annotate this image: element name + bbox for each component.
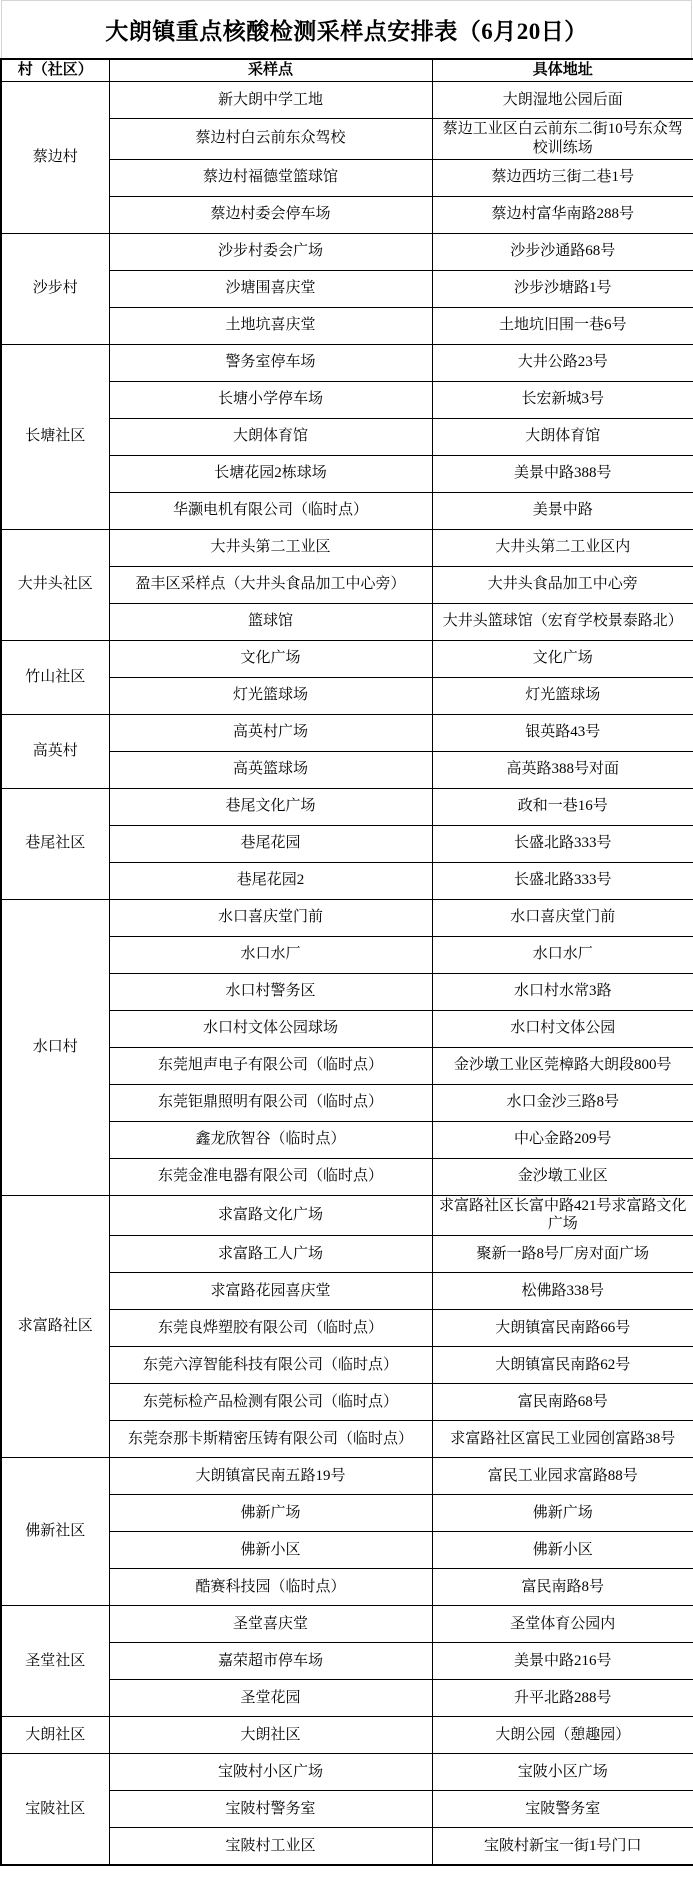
address-cell: 求富路社区富民工业园创富路38号	[432, 1421, 693, 1458]
site-cell: 东莞奈那卡斯精密压铸有限公司（临时点）	[109, 1421, 432, 1458]
address-cell: 中心金路209号	[432, 1121, 693, 1158]
site-cell: 大朗体育馆	[109, 418, 432, 455]
table-row: 高英村高英村广场银英路43号	[1, 714, 693, 751]
site-cell: 高英村广场	[109, 714, 432, 751]
site-cell: 长塘小学停车场	[109, 381, 432, 418]
site-cell: 沙塘围喜庆堂	[109, 270, 432, 307]
site-cell: 宝陂村工业区	[109, 1828, 432, 1866]
address-cell: 蔡边西坊三街二巷1号	[432, 159, 693, 196]
address-cell: 长盛北路333号	[432, 825, 693, 862]
address-cell: 大朗镇富民南路66号	[432, 1310, 693, 1347]
village-cell: 沙步村	[1, 233, 109, 344]
address-cell: 长宏新城3号	[432, 381, 693, 418]
site-cell: 篮球馆	[109, 603, 432, 640]
site-cell: 东莞标检产品检测有限公司（临时点）	[109, 1384, 432, 1421]
site-cell: 东莞良烨塑胶有限公司（临时点）	[109, 1310, 432, 1347]
village-cell: 巷尾社区	[1, 788, 109, 899]
address-cell: 美景中路	[432, 492, 693, 529]
table-row: 求富路社区求富路文化广场求富路社区长富中路421号求富路文化广场	[1, 1195, 693, 1236]
site-cell: 东莞钜鼎照明有限公司（临时点）	[109, 1084, 432, 1121]
site-cell: 宝陂村警务室	[109, 1791, 432, 1828]
site-cell: 文化广场	[109, 640, 432, 677]
site-cell: 圣堂喜庆堂	[109, 1606, 432, 1643]
site-cell: 东莞金准电器有限公司（临时点）	[109, 1158, 432, 1195]
table-row: 圣堂社区圣堂喜庆堂圣堂体育公园内	[1, 1606, 693, 1643]
address-cell: 富民工业园求富路88号	[432, 1458, 693, 1495]
address-cell: 圣堂体育公园内	[432, 1606, 693, 1643]
site-cell: 水口水厂	[109, 936, 432, 973]
address-cell: 宝陂村新宝一街1号门口	[432, 1828, 693, 1866]
address-cell: 富民南路8号	[432, 1569, 693, 1606]
site-cell: 长塘花园2栋球场	[109, 455, 432, 492]
site-cell: 水口喜庆堂门前	[109, 899, 432, 936]
site-cell: 高英篮球场	[109, 751, 432, 788]
site-cell: 求富路文化广场	[109, 1195, 432, 1236]
address-cell: 宝陂警务室	[432, 1791, 693, 1828]
site-cell: 宝陂村小区广场	[109, 1754, 432, 1791]
address-cell: 蔡边村富华南路288号	[432, 196, 693, 233]
header-row: 村（社区） 采样点 具体地址	[1, 59, 693, 82]
village-cell: 高英村	[1, 714, 109, 788]
table-header: 村（社区） 采样点 具体地址	[1, 59, 693, 82]
address-cell: 大朗体育馆	[432, 418, 693, 455]
table-row: 水口村水口喜庆堂门前水口喜庆堂门前	[1, 899, 693, 936]
site-cell: 盈丰区采样点（大井头食品加工中心旁）	[109, 566, 432, 603]
address-cell: 灯光篮球场	[432, 677, 693, 714]
site-cell: 东莞六淳智能科技有限公司（临时点）	[109, 1347, 432, 1384]
address-cell: 大井头篮球馆（宏育学校景泰路北）	[432, 603, 693, 640]
site-cell: 佛新广场	[109, 1495, 432, 1532]
address-cell: 沙步沙塘路1号	[432, 270, 693, 307]
address-cell: 松佛路338号	[432, 1273, 693, 1310]
site-cell: 求富路花园喜庆堂	[109, 1273, 432, 1310]
address-cell: 升平北路288号	[432, 1680, 693, 1717]
address-cell: 大井头第二工业区内	[432, 529, 693, 566]
site-cell: 蔡边村福德堂篮球馆	[109, 159, 432, 196]
address-cell: 政和一巷16号	[432, 788, 693, 825]
site-cell: 灯光篮球场	[109, 677, 432, 714]
address-cell: 水口村文体公园	[432, 1010, 693, 1047]
address-cell: 美景中路216号	[432, 1643, 693, 1680]
address-cell: 大朗公园（憩趣园）	[432, 1717, 693, 1754]
site-cell: 蔡边村白云前东众驾校	[109, 119, 432, 160]
address-cell: 土地坑旧围一巷6号	[432, 307, 693, 344]
address-cell: 富民南路68号	[432, 1384, 693, 1421]
village-cell: 大井头社区	[1, 529, 109, 640]
village-cell: 蔡边村	[1, 82, 109, 234]
address-cell: 大朗镇富民南路62号	[432, 1347, 693, 1384]
address-cell: 大井头食品加工中心旁	[432, 566, 693, 603]
address-cell: 聚新一路8号厂房对面广场	[432, 1236, 693, 1273]
address-cell: 文化广场	[432, 640, 693, 677]
village-cell: 宝陂社区	[1, 1754, 109, 1866]
page: 大朗镇重点核酸检测采样点安排表（6月20日） 村（社区） 采样点 具体地址 蔡边…	[0, 0, 693, 1866]
site-cell: 土地坑喜庆堂	[109, 307, 432, 344]
address-cell: 大井公路23号	[432, 344, 693, 381]
village-cell: 佛新社区	[1, 1458, 109, 1606]
col-header-address: 具体地址	[432, 59, 693, 82]
site-cell: 佛新小区	[109, 1532, 432, 1569]
site-cell: 华灏电机有限公司（临时点）	[109, 492, 432, 529]
col-header-village: 村（社区）	[1, 59, 109, 82]
address-cell: 水口村水常3路	[432, 973, 693, 1010]
address-cell: 求富路社区长富中路421号求富路文化广场	[432, 1195, 693, 1236]
site-cell: 嘉荣超市停车场	[109, 1643, 432, 1680]
village-cell: 长塘社区	[1, 344, 109, 529]
table-body: 蔡边村新大朗中学工地大朗湿地公园后面蔡边村白云前东众驾校蔡边工业区白云前东二街1…	[1, 82, 693, 1866]
address-cell: 美景中路388号	[432, 455, 693, 492]
village-cell: 大朗社区	[1, 1717, 109, 1754]
col-header-site: 采样点	[109, 59, 432, 82]
site-cell: 新大朗中学工地	[109, 82, 432, 119]
table-row: 蔡边村新大朗中学工地大朗湿地公园后面	[1, 82, 693, 119]
table-row: 佛新社区大朗镇富民南五路19号富民工业园求富路88号	[1, 1458, 693, 1495]
table-row: 竹山社区文化广场文化广场	[1, 640, 693, 677]
address-cell: 水口水厂	[432, 936, 693, 973]
site-cell: 东莞旭声电子有限公司（临时点）	[109, 1047, 432, 1084]
site-cell: 巷尾文化广场	[109, 788, 432, 825]
address-cell: 金沙墩工业区	[432, 1158, 693, 1195]
address-cell: 水口喜庆堂门前	[432, 899, 693, 936]
address-cell: 宝陂小区广场	[432, 1754, 693, 1791]
village-cell: 水口村	[1, 899, 109, 1195]
page-title: 大朗镇重点核酸检测采样点安排表（6月20日）	[1, 0, 692, 58]
table-row: 沙步村沙步村委会广场沙步沙通路68号	[1, 233, 693, 270]
table-row: 长塘社区警务室停车场大井公路23号	[1, 344, 693, 381]
table-row: 巷尾社区巷尾文化广场政和一巷16号	[1, 788, 693, 825]
site-cell: 酷赛科技园（临时点）	[109, 1569, 432, 1606]
table-row: 大井头社区大井头第二工业区大井头第二工业区内	[1, 529, 693, 566]
site-cell: 警务室停车场	[109, 344, 432, 381]
village-cell: 求富路社区	[1, 1195, 109, 1458]
address-cell: 长盛北路333号	[432, 862, 693, 899]
address-cell: 银英路43号	[432, 714, 693, 751]
site-cell: 水口村警务区	[109, 973, 432, 1010]
site-cell: 大朗镇富民南五路19号	[109, 1458, 432, 1495]
address-cell: 水口金沙三路8号	[432, 1084, 693, 1121]
site-cell: 水口村文体公园球场	[109, 1010, 432, 1047]
table-row: 宝陂社区宝陂村小区广场宝陂小区广场	[1, 1754, 693, 1791]
site-cell: 鑫龙欣智谷（临时点）	[109, 1121, 432, 1158]
site-cell: 圣堂花园	[109, 1680, 432, 1717]
site-cell: 巷尾花园2	[109, 862, 432, 899]
site-cell: 大朗社区	[109, 1717, 432, 1754]
address-cell: 佛新小区	[432, 1532, 693, 1569]
address-cell: 沙步沙通路68号	[432, 233, 693, 270]
sampling-table: 村（社区） 采样点 具体地址 蔡边村新大朗中学工地大朗湿地公园后面蔡边村白云前东…	[0, 58, 693, 1866]
site-cell: 沙步村委会广场	[109, 233, 432, 270]
address-cell: 蔡边工业区白云前东二街10号东众驾校训练场	[432, 119, 693, 160]
site-cell: 巷尾花园	[109, 825, 432, 862]
site-cell: 蔡边村委会停车场	[109, 196, 432, 233]
address-cell: 佛新广场	[432, 1495, 693, 1532]
address-cell: 高英路388号对面	[432, 751, 693, 788]
village-cell: 竹山社区	[1, 640, 109, 714]
site-cell: 大井头第二工业区	[109, 529, 432, 566]
address-cell: 大朗湿地公园后面	[432, 82, 693, 119]
address-cell: 金沙墩工业区莞樟路大朗段800号	[432, 1047, 693, 1084]
site-cell: 求富路工人广场	[109, 1236, 432, 1273]
table-row: 大朗社区大朗社区大朗公园（憩趣园）	[1, 1717, 693, 1754]
village-cell: 圣堂社区	[1, 1606, 109, 1717]
